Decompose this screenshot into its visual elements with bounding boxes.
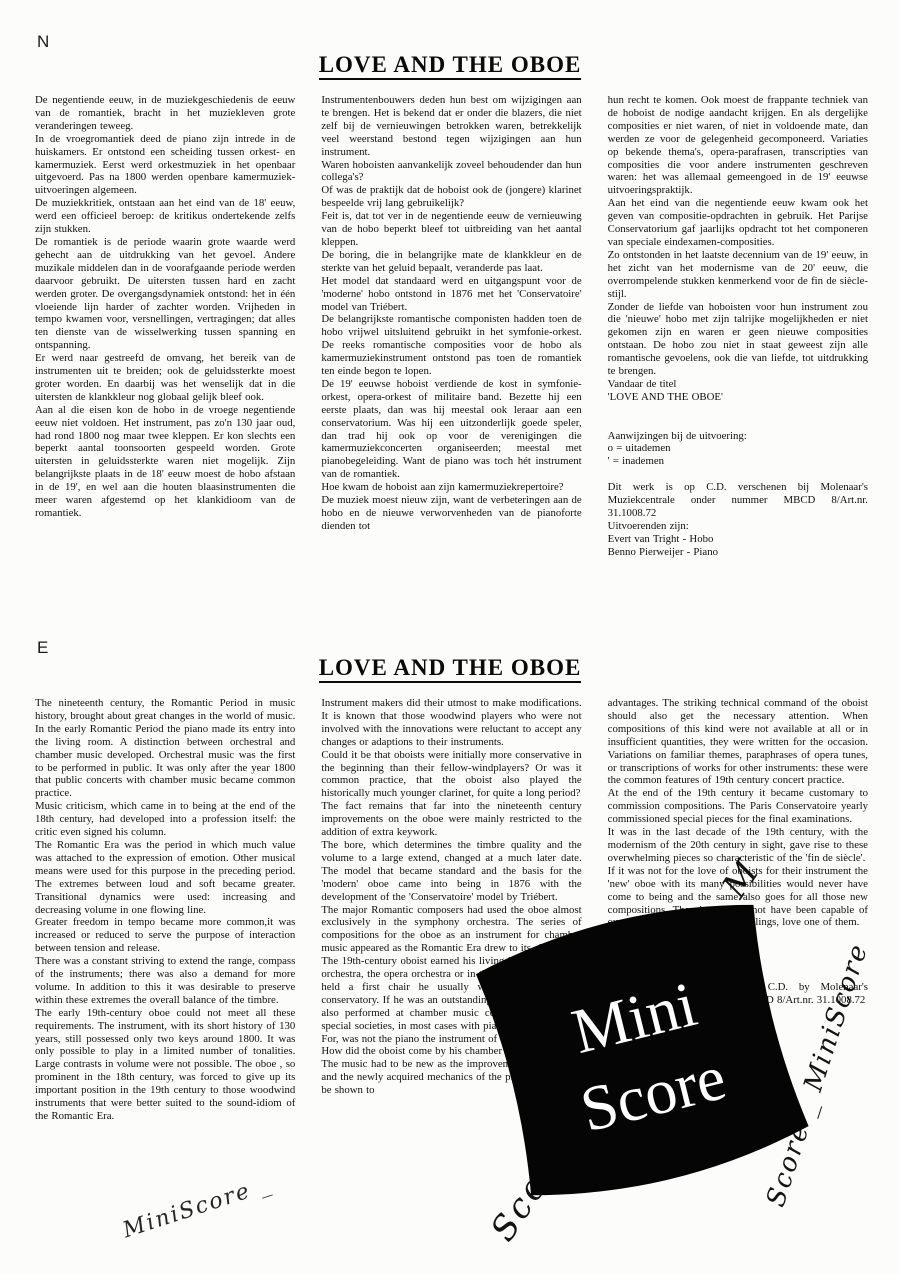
paragraph: Vandaar de titel: [608, 378, 868, 391]
paragraph: The Romantic Era was the period in which…: [35, 839, 295, 916]
paragraph: De romantiek is de periode waarin grote …: [35, 236, 295, 352]
paragraph: Hoe kwam de hoboist aan zijn kamermuziek…: [321, 481, 581, 494]
paragraph: Feit is, dat tot ver in de negentiende e…: [321, 210, 581, 249]
section-label-dutch: N: [37, 32, 49, 52]
paragraph: Instrument makers did their utmost to ma…: [321, 697, 581, 749]
paragraph: De belangrijkste romantische componisten…: [321, 313, 581, 378]
paragraph: [608, 468, 868, 481]
text-column: De negentiende eeuw, in de muziekgeschie…: [35, 94, 295, 634]
paragraph: The nineteenth century, the Romantic Per…: [35, 697, 295, 800]
paragraph: De muziekkritiek, ontstaan aan het eind …: [35, 197, 295, 236]
page-title-english: LOVE AND THE OBOE: [0, 655, 900, 681]
paragraph: De boring, die in belangrijke mate de kl…: [321, 249, 581, 275]
paragraph: o = uitademen: [608, 442, 868, 455]
paragraph: Instrumentenbouwers deden hun best om wi…: [321, 94, 581, 159]
paragraph: Aan het eind van die negentiende eeuw kw…: [608, 197, 868, 249]
paragraph: Greater freedom in tempo became more com…: [35, 916, 295, 955]
paragraph: There was a constant striving to extend …: [35, 955, 295, 1007]
text-column: Instrumentenbouwers deden hun best om wi…: [321, 94, 581, 634]
paragraph: Uitvoerenden zijn:: [608, 520, 868, 533]
paragraph: hun recht te komen. Ook moest de frappan…: [608, 94, 868, 197]
paragraph: [608, 404, 868, 417]
mini-score-stamp: Mini Score: [468, 898, 818, 1208]
page-title-dutch: LOVE AND THE OBOE: [0, 52, 900, 78]
paragraph: De negentiende eeuw, in de muziekgeschie…: [35, 94, 295, 133]
paragraph: Of was de praktijk dat de hoboist ook de…: [321, 184, 581, 210]
barrel-stamp-graphic: Mini Score: [468, 898, 818, 1208]
text-column: hun recht te komen. Ook moest de frappan…: [608, 94, 868, 634]
paragraph: Er werd naar gestreefd de omvang, het be…: [35, 352, 295, 404]
paragraph: The early 19th-century oboe could not me…: [35, 1007, 295, 1123]
paragraph: 'LOVE AND THE OBOE': [608, 391, 868, 404]
paragraph: The fact remains that far into the ninet…: [321, 800, 581, 839]
text-column: The nineteenth century, the Romantic Per…: [35, 697, 295, 1263]
paragraph: De muziek moest nieuw zijn, want de verb…: [321, 494, 581, 533]
paragraph: ' = inademen: [608, 455, 868, 468]
paragraph: Music criticism, which came in to being …: [35, 800, 295, 839]
paragraph: [608, 417, 868, 430]
paragraph: Aanwijzingen bij de uitvoering:: [608, 430, 868, 443]
paragraph: Dit werk is op C.D. verschenen bij Molen…: [608, 481, 868, 520]
paragraph: advantages. The striking technical comma…: [608, 697, 868, 787]
scanned-liner-notes-page: N LOVE AND THE OBOE De negentiende eeuw,…: [0, 0, 900, 1274]
paragraph: In de vroegromantiek deed de piano zijn …: [35, 133, 295, 198]
paragraph: Waren hoboisten aanvankelijk zoveel beho…: [321, 159, 581, 185]
paragraph: Zo ontstonden in het laatste decennium v…: [608, 249, 868, 301]
paragraph: At the end of the 19th century it became…: [608, 787, 868, 826]
dutch-text-columns: De negentiende eeuw, in de muziekgeschie…: [35, 94, 868, 634]
paragraph: Zonder de liefde van hoboisten voor hun …: [608, 301, 868, 378]
paragraph: Could it be that oboists were initially …: [321, 749, 581, 801]
paragraph: Het model dat standaard werd en uitgangs…: [321, 275, 581, 314]
paragraph: It was in the last decade of the 19th ce…: [608, 826, 868, 865]
paragraph: Evert van Tright - Hobo: [608, 533, 868, 546]
paragraph: The bore, which determines the timbre qu…: [321, 839, 581, 904]
paragraph: Benno Pierweijer - Piano: [608, 546, 868, 559]
paragraph: Aan al die eisen kon de hobo in de vroeg…: [35, 404, 295, 520]
paragraph: De 19' eeuwse hoboist verdiende de kost …: [321, 378, 581, 481]
